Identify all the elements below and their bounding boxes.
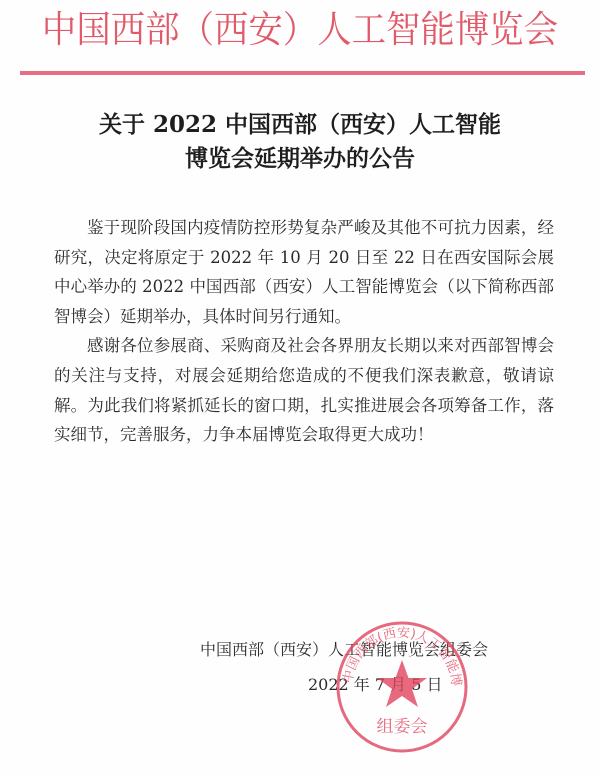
masthead-title: 中国西部（西安）人工智能博览会: [21, 6, 579, 54]
body-paragraph-1: 鉴于现阶段国内疫情防控形势复杂严峻及其他不可抗力因素，经研究，决定将原定于 20…: [54, 213, 554, 331]
seal-center-text: 组委会: [377, 717, 428, 737]
body-paragraph-2: 感谢各位参展商、采购商及社会各界朋友长期以来对西部智博会的关注与支持，对展会延期…: [54, 331, 554, 449]
title-line-2: 博览会延期举办的公告: [0, 142, 600, 176]
masthead-divider: [20, 71, 585, 75]
signature-date: 2022 年 7 月 5 日: [308, 672, 443, 695]
announcement-page: 中国西部（西安）人工智能博览会 关于 2022 中国西部（西安）人工智能 博览会…: [0, 0, 600, 775]
document-title: 关于 2022 中国西部（西安）人工智能 博览会延期举办的公告: [0, 108, 600, 176]
document-body: 鉴于现阶段国内疫情防控形势复杂严峻及其他不可抗力因素，经研究，决定将原定于 20…: [54, 213, 554, 450]
title-line-1: 关于 2022 中国西部（西安）人工智能: [0, 108, 600, 142]
signature-organization: 中国西部（西安）人工智能博览会组委会: [200, 637, 488, 660]
